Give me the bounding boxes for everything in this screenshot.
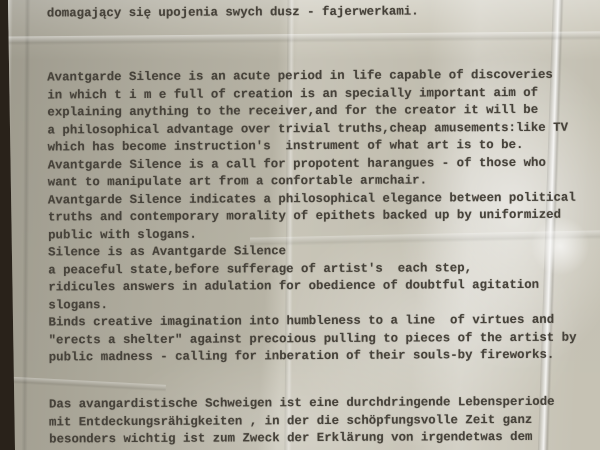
typed-line: besonders wichtig ist zum Zweck der Erkl… <box>49 429 555 449</box>
typed-line: truths and contemporary morality of epit… <box>48 207 576 227</box>
typed-line: which has become instruction's instrumen… <box>48 137 576 157</box>
photo-background: domagający się upojenia swych dusz - faj… <box>0 0 600 450</box>
typed-line: public madness - calling for inberation … <box>49 347 577 367</box>
typed-line: Das avangardistische Schweigen ist eine … <box>49 394 555 414</box>
paragraph-english-manifesto: Avantgarde Silence is an acute period in… <box>47 67 576 367</box>
typed-line: domagający się upojenia swych dusz - faj… <box>47 4 419 23</box>
typed-line: Avantgarde Silence is an acute period in… <box>47 67 575 87</box>
paper-left-edge-highlight <box>0 0 13 450</box>
paragraph-polish-fragment: domagający się upojenia swych dusz - faj… <box>47 4 419 23</box>
typed-line: explaining anything to the receiver,and … <box>47 102 575 122</box>
typed-line: Binds creative imagination into humblene… <box>48 312 576 332</box>
paragraph-german-translation: Das avangardistische Schweigen ist eine … <box>49 394 555 449</box>
left-fold-crease <box>21 0 30 450</box>
typewritten-page: domagający się upojenia swych dusz - faj… <box>0 0 600 450</box>
typed-line: ridicules answers in adulation for obedi… <box>48 277 576 297</box>
typed-line: Avantgarde Silence is a call for propote… <box>48 154 576 174</box>
typed-text: domagający się upojenia swych dusz - faj… <box>47 0 600 450</box>
